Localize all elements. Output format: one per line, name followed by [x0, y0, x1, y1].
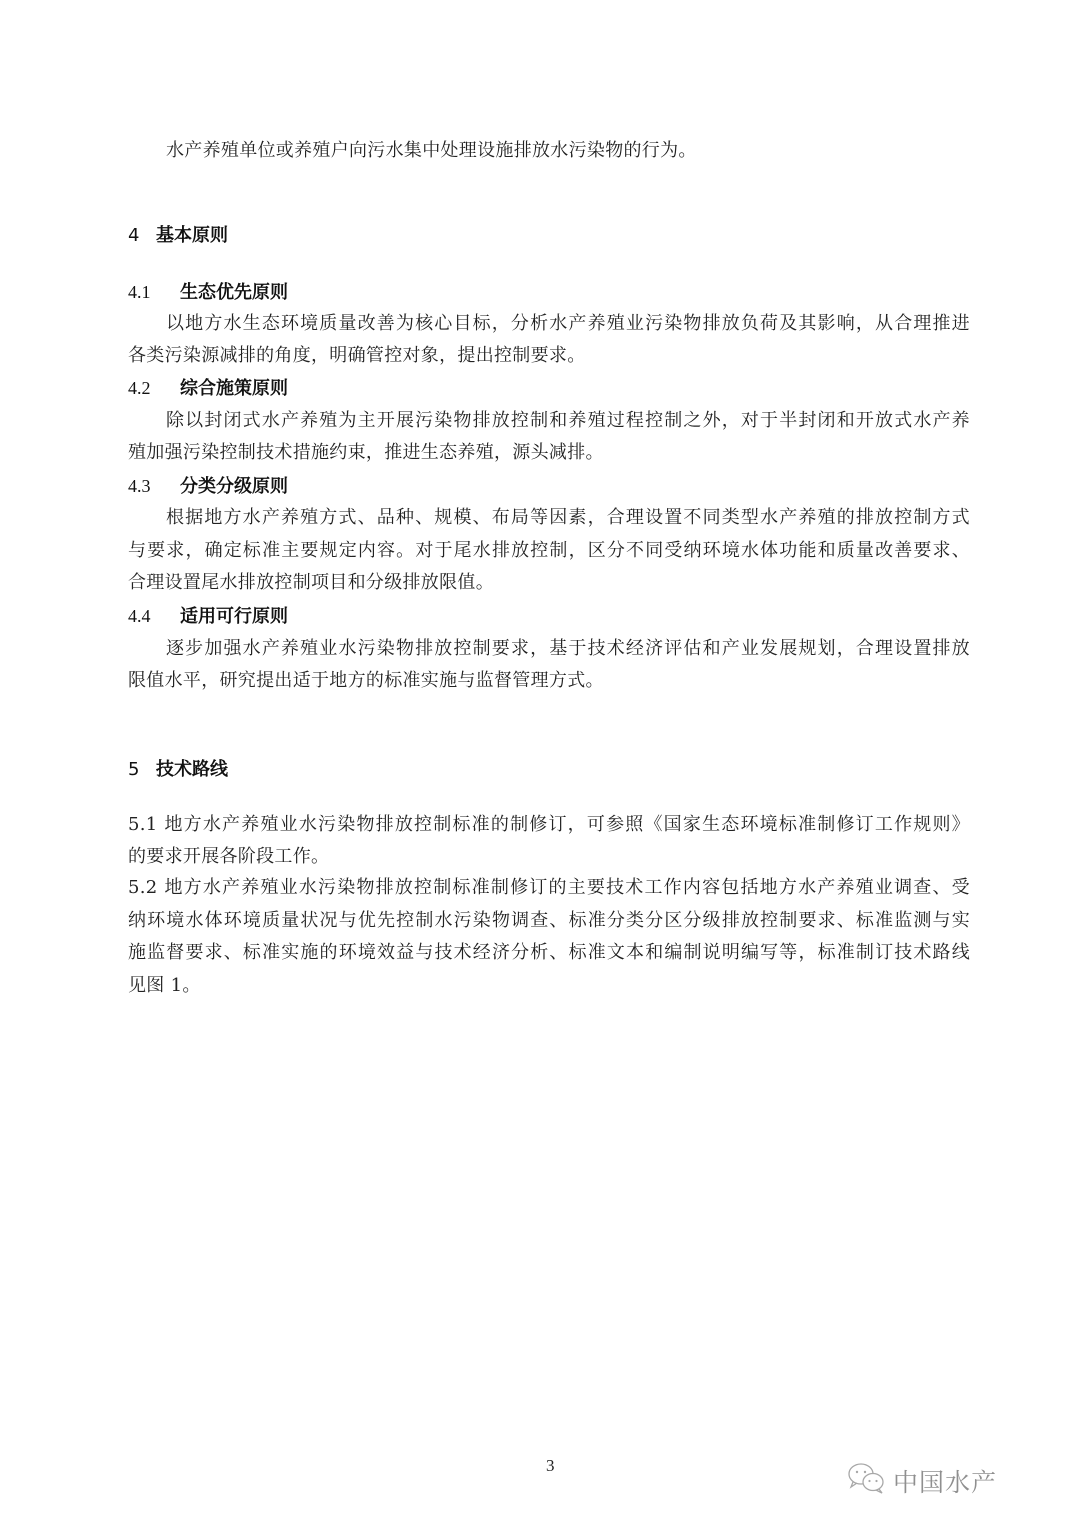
section-5-heading: 5技术路线	[128, 754, 228, 786]
paragraph-line: 根据地方水产养殖方式、品种、规模、布局等因素，合理设置不同类型水产养殖的排放控制…	[166, 502, 970, 534]
wechat-icon	[847, 1462, 887, 1500]
paragraph-line: 除以封闭式水产养殖为主开展污染物排放控制和养殖过程控制之外，对于半封闭和开放式水…	[166, 405, 970, 437]
paragraph-line: 5.1 地方水产养殖业水污染物排放控制标准的制修订，可参照《国家生态环境标准制修…	[128, 809, 970, 841]
paragraph-line: 5.2 地方水产养殖业水污染物排放控制标准制修订的主要技术工作内容包括地方水产养…	[128, 872, 970, 904]
paragraph-line: 见图 1。	[128, 970, 970, 1002]
document-page: 水产养殖单位或养殖户向污水集中处理设施排放水污染物的行为。 4基本原则 4.1生…	[0, 0, 1080, 1527]
paragraph-line: 纳环境水体环境质量状况与优先控制水污染物调查、标准分类分区分级排放控制要求、标准…	[128, 905, 970, 937]
paragraph-line: 殖加强污染控制技术措施约束，推进生态养殖，源头减排。	[128, 437, 970, 469]
subsection-number: 4.3	[128, 470, 180, 502]
section-title: 技术路线	[156, 759, 228, 780]
subsection-number: 4.4	[128, 600, 180, 632]
section-number: 4	[128, 220, 156, 252]
watermark: 中国水产	[847, 1462, 997, 1500]
subsection-4-2-heading: 4.2综合施策原则	[128, 372, 288, 405]
subsection-title: 综合施策原则	[180, 378, 288, 399]
paragraph-line: 限值水平，研究提出适于地方的标准实施与监督管理方式。	[128, 665, 970, 697]
paragraph-line: 逐步加强水产养殖业水污染物排放控制要求，基于技术经济评估和产业发展规划，合理设置…	[166, 633, 970, 665]
section-4-heading: 4基本原则	[128, 220, 228, 252]
page-number: 3	[546, 1456, 555, 1476]
paragraph-line: 施监督要求、标准实施的环境效益与技术经济分析、标准文本和编制说明编写等，标准制订…	[128, 937, 970, 969]
paragraph-line: 与要求，确定标准主要规定内容。对于尾水排放控制，区分不同受纳环境水体功能和质量改…	[128, 535, 970, 567]
subsection-4-1-heading: 4.1生态优先原则	[128, 276, 288, 309]
paragraph-line: 的要求开展各阶段工作。	[128, 841, 970, 873]
section-number: 5	[128, 754, 156, 786]
section-title: 基本原则	[156, 225, 228, 246]
subsection-title: 适用可行原则	[180, 606, 288, 627]
subsection-4-3-heading: 4.3分类分级原则	[128, 470, 288, 503]
paragraph-line: 合理设置尾水排放控制项目和分级排放限值。	[128, 567, 970, 599]
subsection-number: 4.2	[128, 372, 180, 404]
paragraph-line: 各类污染源减排的角度，明确管控对象，提出控制要求。	[128, 340, 970, 372]
subsection-title: 分类分级原则	[180, 476, 288, 497]
paragraph-line: 以地方水生态环境质量改善为核心目标，分析水产养殖业污染物排放负荷及其影响，从合理…	[166, 308, 970, 340]
continuation-text: 水产养殖单位或养殖户向污水集中处理设施排放水污染物的行为。	[166, 135, 970, 167]
subsection-number: 4.1	[128, 276, 180, 308]
watermark-text: 中国水产	[893, 1463, 997, 1499]
subsection-4-4-heading: 4.4适用可行原则	[128, 600, 288, 633]
subsection-title: 生态优先原则	[180, 282, 288, 303]
